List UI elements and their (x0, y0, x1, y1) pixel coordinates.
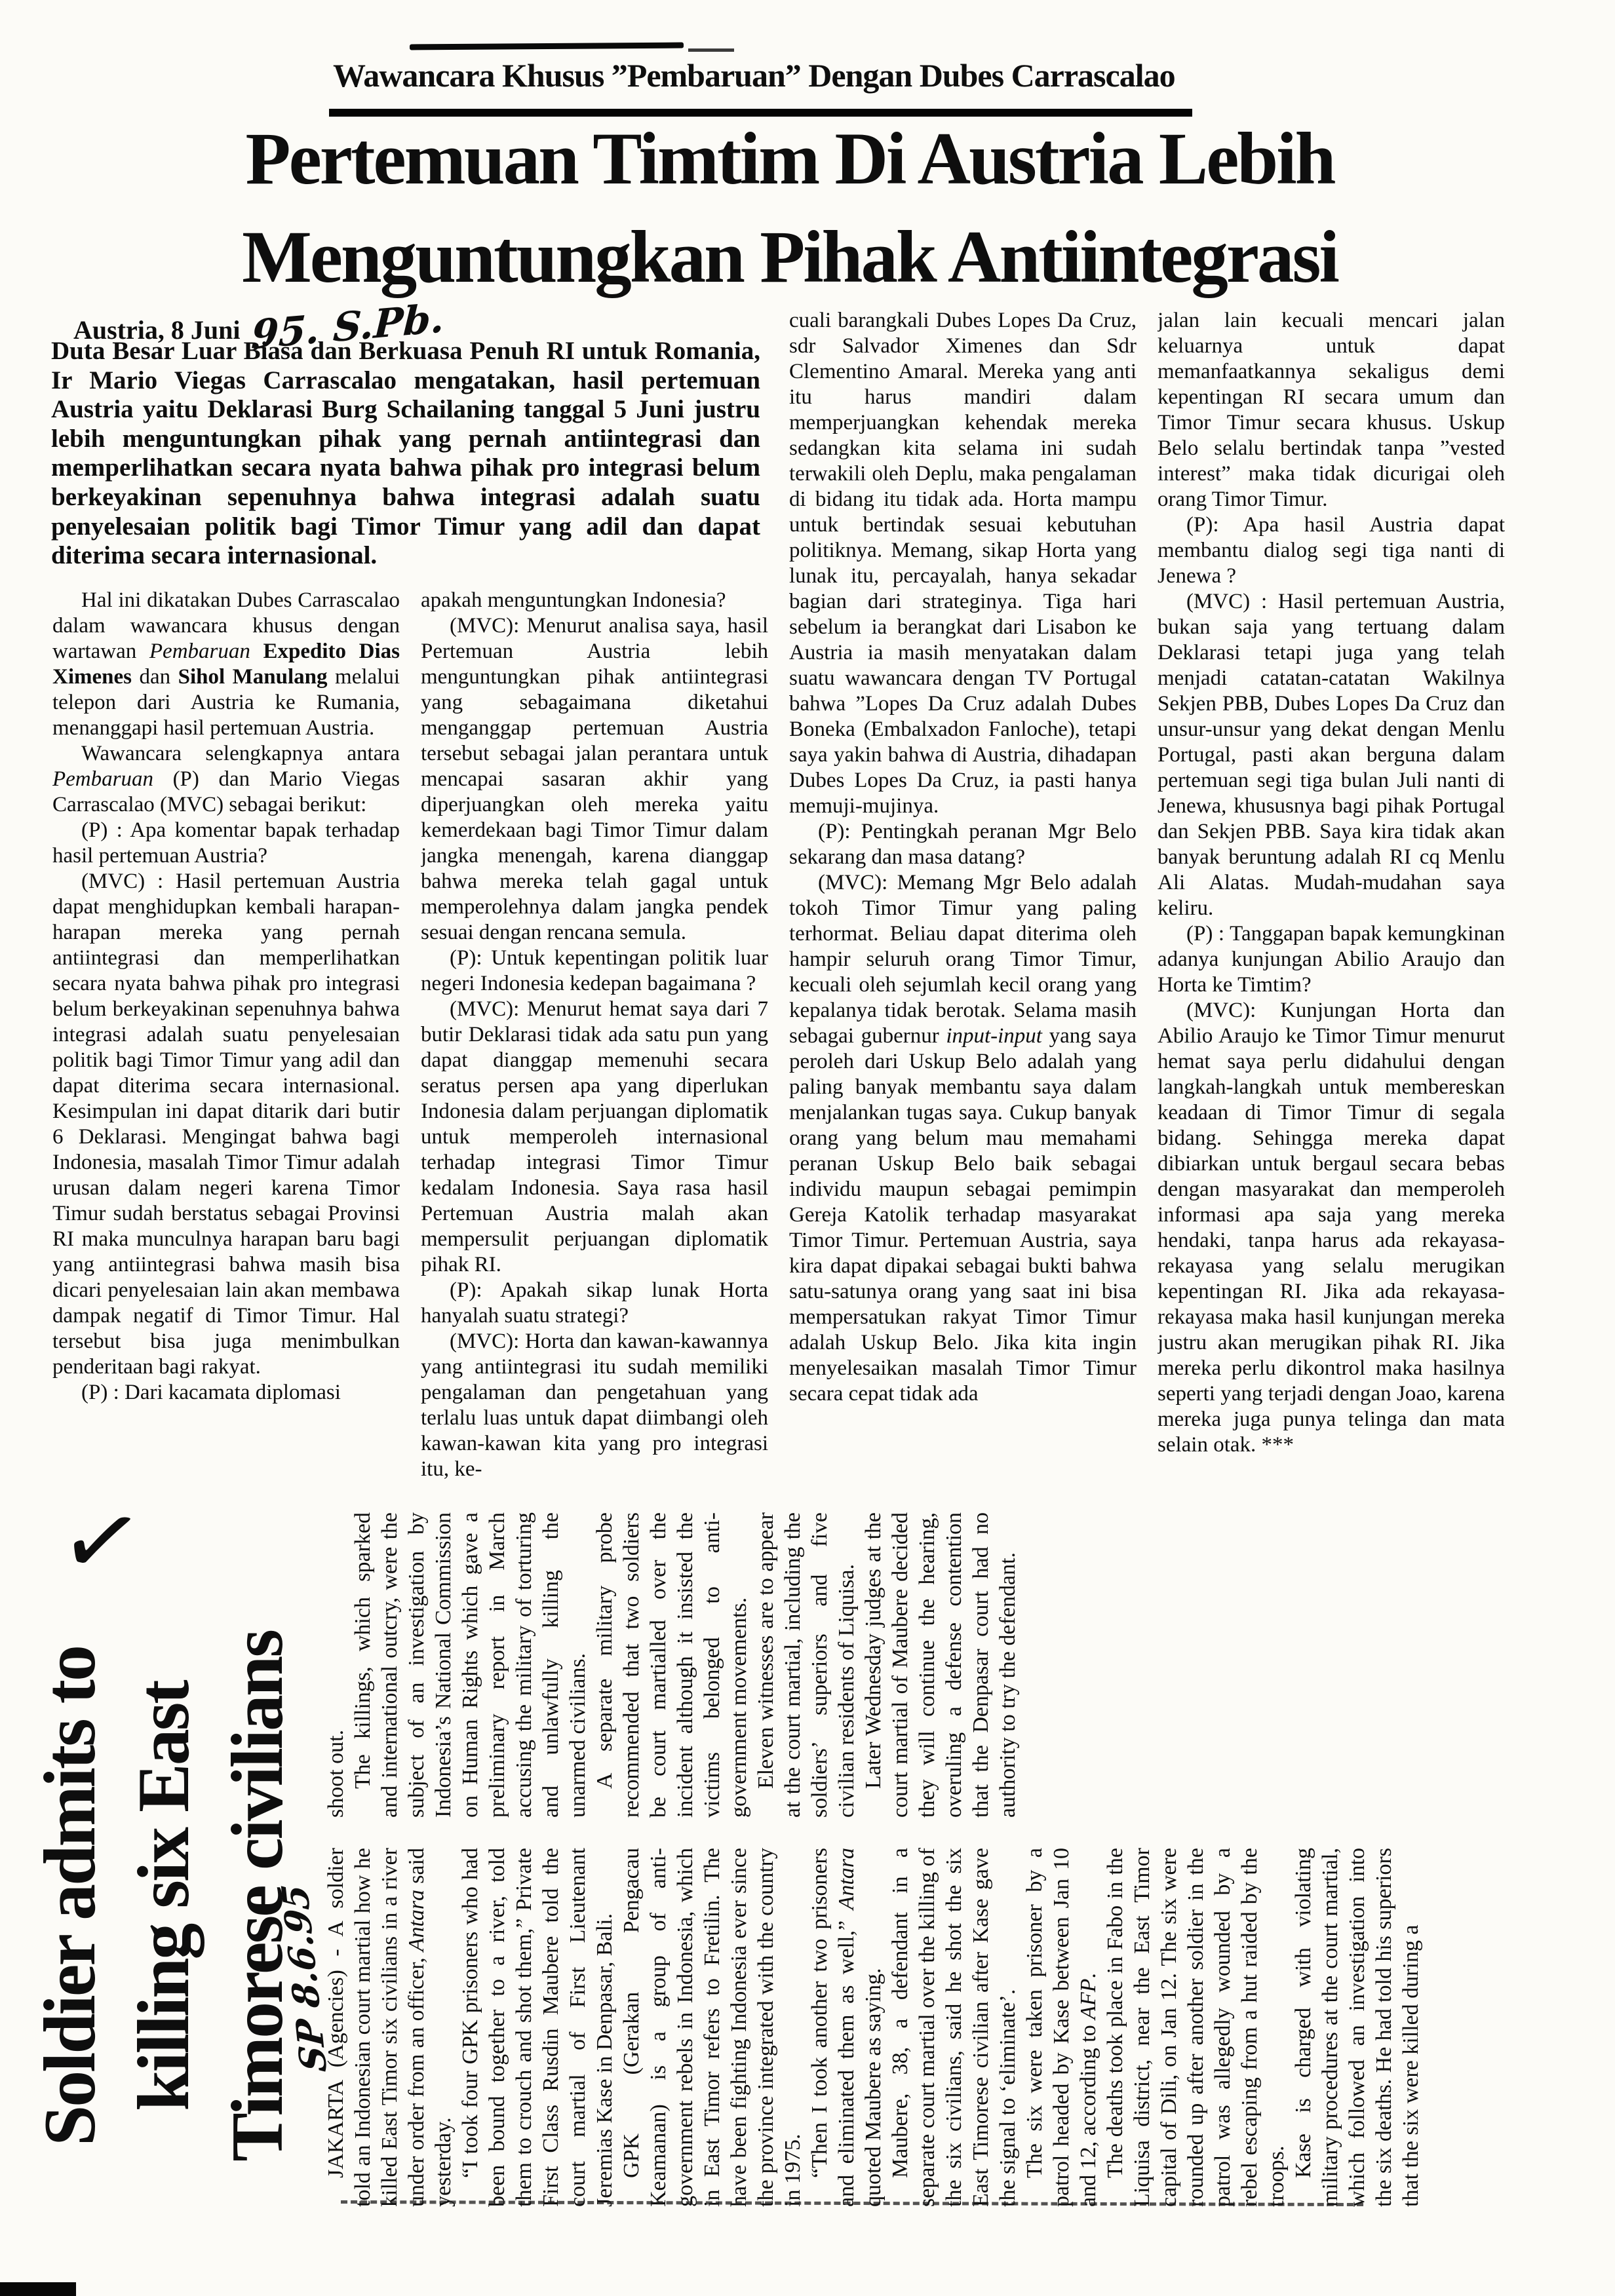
paragraph: Later Wednesday judges at the court mart… (860, 1512, 1021, 1818)
kicker: Wawancara Khusus ”Pembaruan” Dengan Dube… (329, 56, 1192, 117)
lead-paragraph: Duta Besar Luar Biasa dan Berkuasa Penuh… (51, 337, 760, 571)
rotated-column-2: shoot out.The killings, which sparked an… (322, 1512, 1574, 1818)
paragraph: (P): Apakah sikap lunak Horta hanyalah s… (421, 1278, 768, 1329)
newspaper-page: Wawancara Khusus ”Pembaruan” Dengan Dube… (0, 0, 1615, 2296)
paragraph: Hal ini dikatakan Dubes Carrascalao dala… (52, 588, 400, 741)
headline-line-1: Pertemuan Timtim Di Austria Lebih (36, 110, 1544, 208)
rotated-article: Soldier admits to killing six East Timor… (20, 1507, 1593, 2280)
main-headline: Pertemuan Timtim Di Austria Lebih Mengun… (36, 110, 1544, 307)
paragraph: jalan lain kecuali mencari jalan keluarn… (1158, 308, 1505, 512)
paragraph: GPK (Gerakan Pengacau Keamanan) is a gro… (618, 1848, 806, 2207)
article-column-4: jalan lain kecuali mencari jalan keluarn… (1158, 308, 1505, 1504)
paragraph: shoot out. (322, 1512, 349, 1818)
paragraph: (MVC): Menurut analisa saya, hasil Perte… (421, 613, 768, 946)
paragraph: (P): Apa hasil Austria dapat membantu di… (1158, 512, 1505, 589)
paragraph: (P) : Tanggapan bapak kemungkinan adanya… (1158, 921, 1505, 998)
paragraph: A separate military probe recommended th… (591, 1512, 752, 1818)
scan-smudge-mark (688, 48, 734, 52)
paragraph: (P): Untuk kepentingan politik luar nege… (421, 946, 768, 997)
rotated-headline: Soldier admits to killing six East Timor… (24, 1512, 305, 2280)
paragraph: JAKARTA (Agencies) - A soldier told an I… (322, 1848, 457, 2207)
corner-mark (0, 2282, 76, 2296)
paragraph: The six were taken prisoner by a patrol … (1021, 1848, 1102, 2207)
article-column-2: apakah menguntungkan Indonesia?(MVC): Me… (421, 588, 768, 1505)
paragraph: cuali barangkali Dubes Lopes Da Cruz, sd… (789, 308, 1137, 819)
rotated-headline-line-1: Soldier admits to (24, 1512, 117, 2280)
paragraph: (MVC): Memang Mgr Belo adalah tokoh Timo… (789, 870, 1137, 1407)
paragraph: Wawancara selengkapnya antara Pembaruan … (52, 741, 400, 818)
paragraph: (P) : Apa komentar bapak terhadap hasil … (52, 818, 400, 869)
paragraph: (P): Pentingkah peranan Mgr Belo sekaran… (789, 819, 1137, 870)
paragraph: “Then I took another two prisoners and e… (806, 1848, 887, 2207)
rotated-column-1: JAKARTA (Agencies) - A soldier told an I… (322, 1848, 1574, 2207)
article-column-3: cuali barangkali Dubes Lopes Da Cruz, sd… (789, 308, 1137, 1504)
paragraph: The killings, which sparked and internat… (349, 1512, 591, 1818)
paragraph: The deaths took place in Fabo in the Liq… (1102, 1848, 1290, 2207)
paragraph: Kase is charged with violating military … (1290, 1848, 1424, 2207)
paragraph: Eleven witnesses are to appear at the co… (752, 1512, 860, 1818)
article-column-1: Hal ini dikatakan Dubes Carrascalao dala… (52, 588, 400, 1505)
headline-line-2: Menguntungkan Pihak Antiintegrasi (36, 208, 1544, 307)
paragraph: (MVC): Menurut hemat saya dari 7 butir D… (421, 997, 768, 1278)
scan-smudge-mark (410, 43, 684, 50)
paragraph: (MVC) : Hasil pertemuan Austria, bukan s… (1158, 589, 1505, 921)
paragraph: apakah menguntungkan Indonesia? (421, 588, 768, 613)
paragraph: Maubere, 38, a defendant in a separate c… (887, 1848, 1021, 2207)
paragraph: (P) : Dari kacamata diplomasi (52, 1380, 400, 1406)
handwritten-checkmark-annotation: ✓ (52, 1486, 151, 1598)
paragraph: (MVC) : Hasil pertemuan Austria dapat me… (52, 869, 400, 1380)
paragraph: “I took four GPK prisoners who had been … (457, 1848, 618, 2207)
rotated-headline-line-2: killing six East (117, 1512, 211, 2280)
paragraph: (MVC): Horta dan kawan-kawannya yang ant… (421, 1329, 768, 1482)
paragraph: (MVC): Kunjungan Horta dan Abilio Araujo… (1158, 998, 1505, 1458)
